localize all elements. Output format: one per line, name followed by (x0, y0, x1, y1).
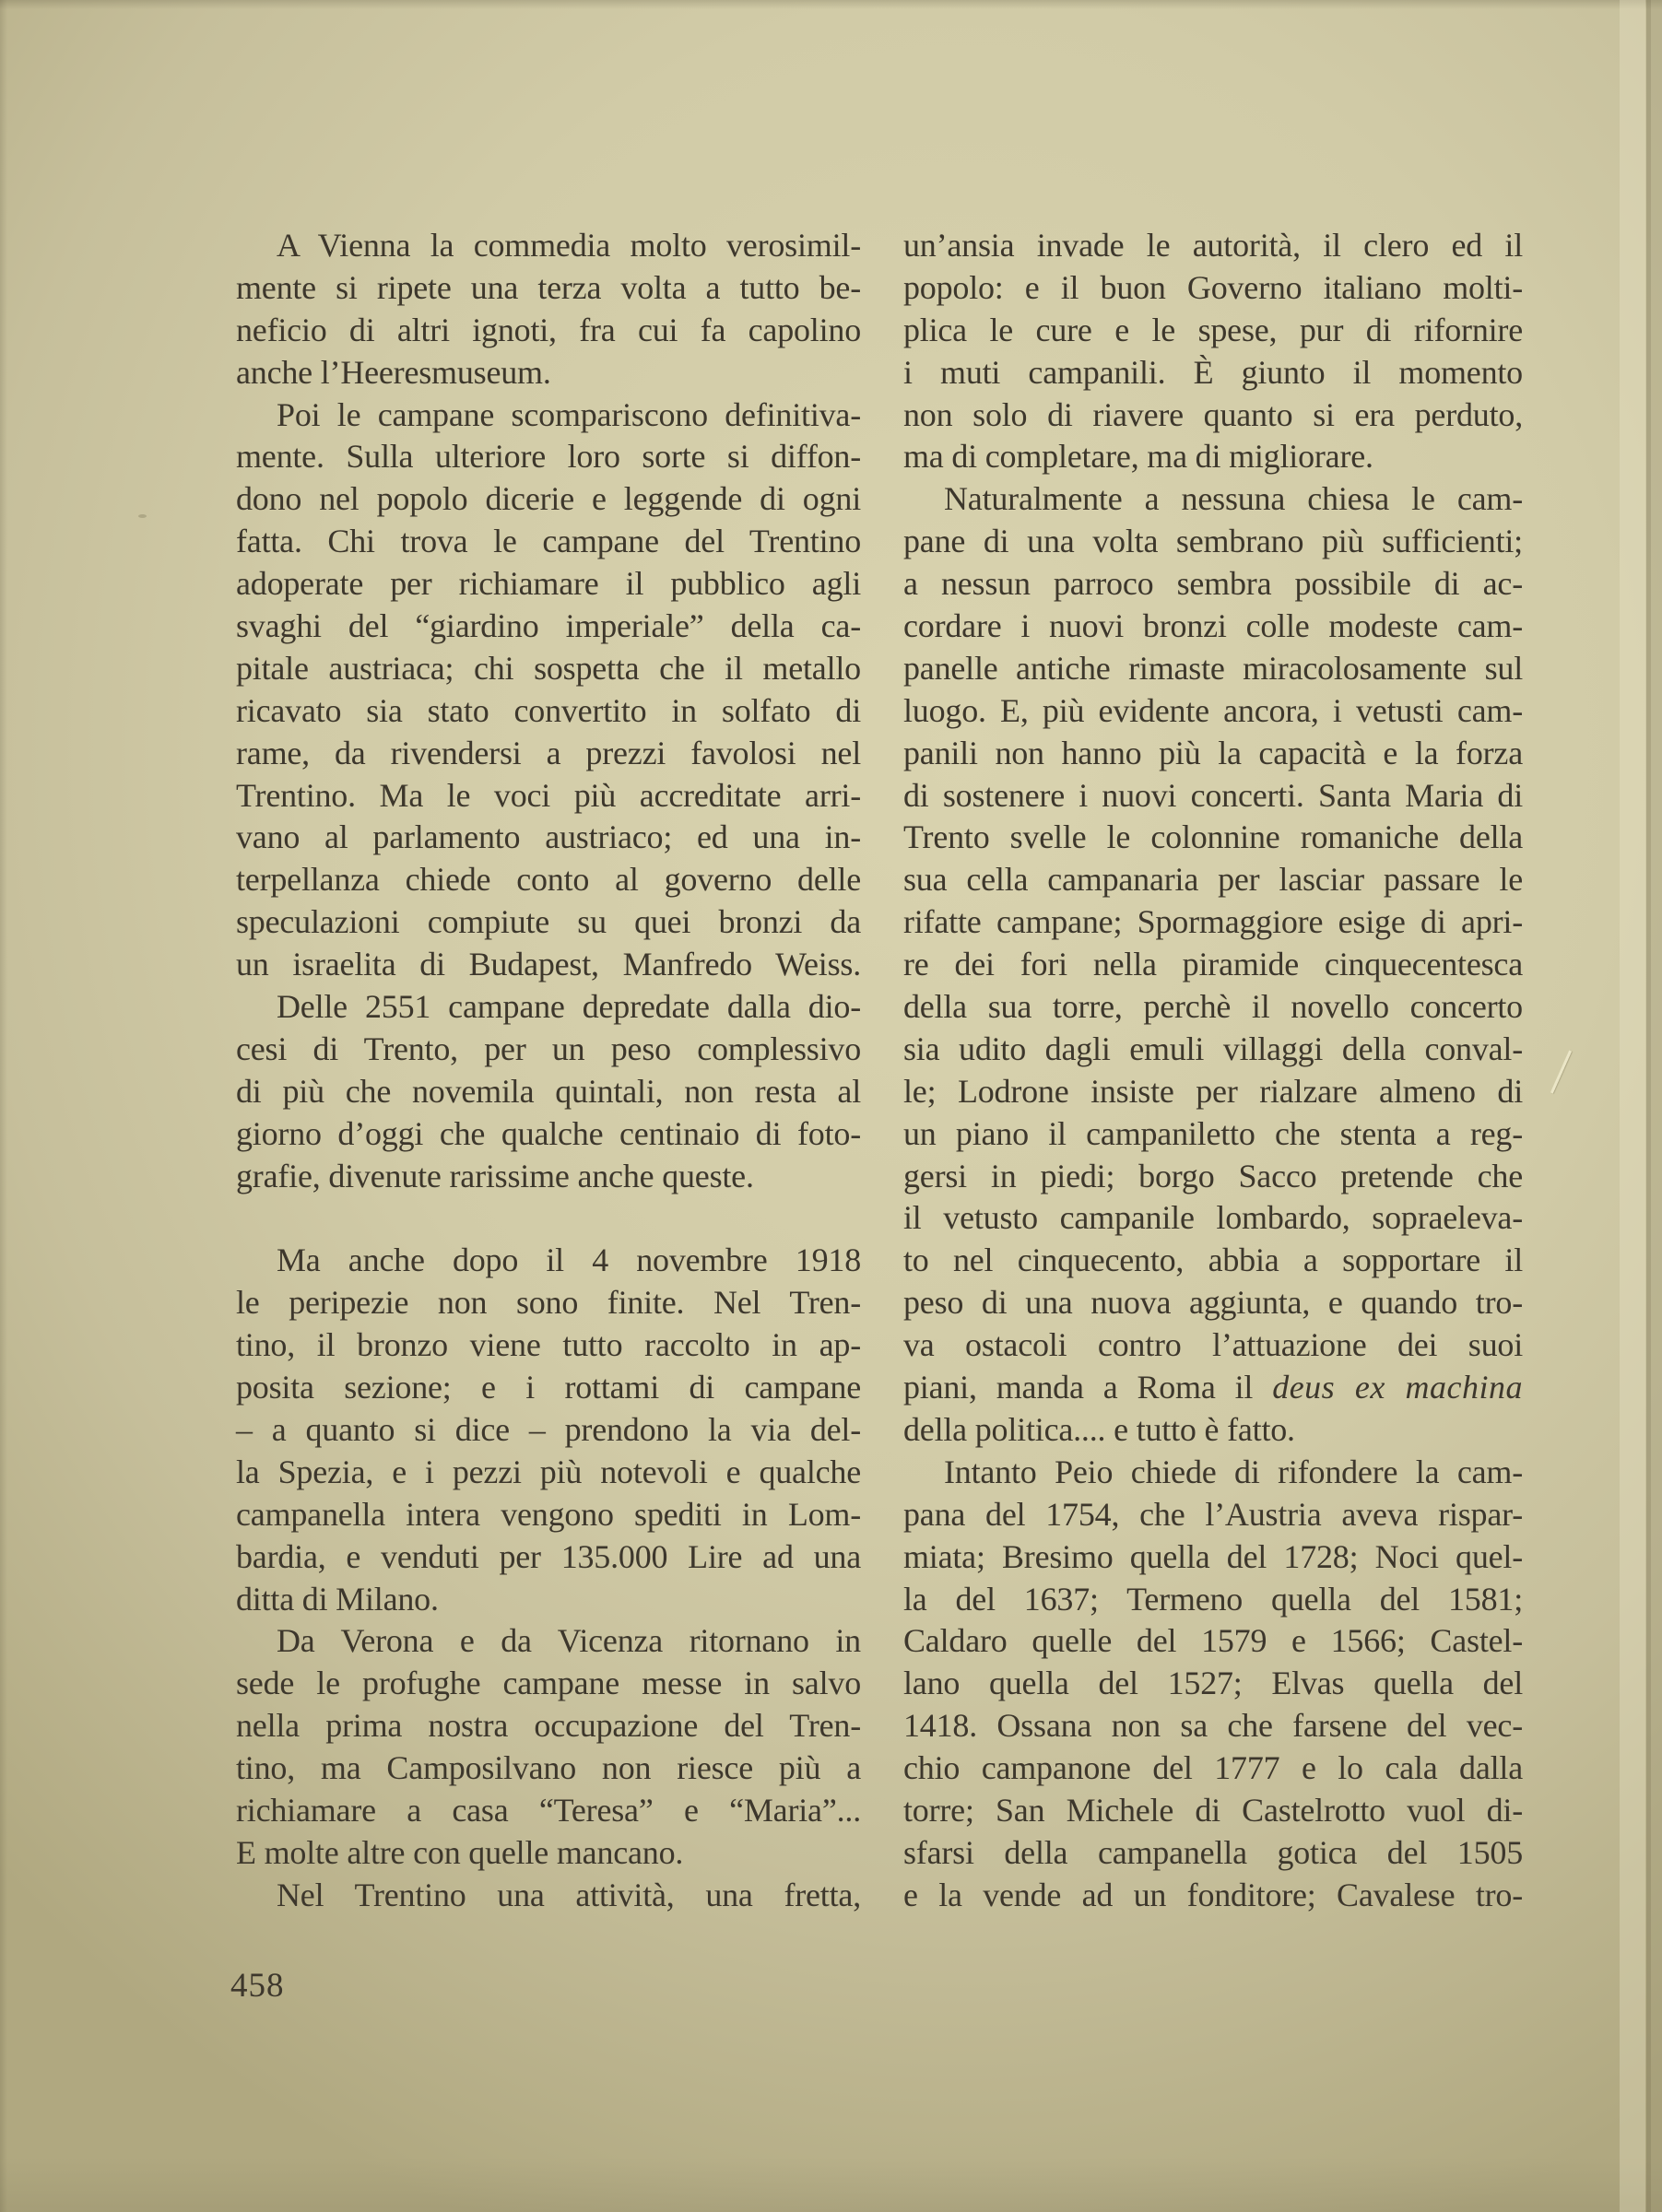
text-line: svaghi del “giardino imperiale” della ca… (236, 606, 861, 648)
text-line: Caldaro quelle del 1579 e 1566; Castel- (903, 1620, 1523, 1663)
text-line: popolo: e il buon Governo italiano molti… (903, 267, 1523, 310)
text-line: vano al parlamento austriaco; ed una in- (236, 817, 861, 859)
text-line: grafie, divenute rarissime anche queste. (236, 1156, 861, 1198)
text-line: A Vienna la commedia molto verosimil- (236, 225, 861, 267)
text-line: pane di una volta sembrano più sufficien… (903, 521, 1523, 563)
text-line: a nessun parroco sembra possibile di ac- (903, 563, 1523, 606)
text-line: mente si ripete una terza volta a tutto … (236, 267, 861, 310)
text-line: e la vende ad un fonditore; Cavalese tro… (903, 1875, 1523, 1917)
italic-phrase: deus ex machina (1272, 1369, 1523, 1406)
text-line: le; Lodrone insiste per rialzare almeno … (903, 1071, 1523, 1113)
page-edge-highlight (1620, 0, 1645, 2212)
text-line: miata; Bresimo quella del 1728; Noci que… (903, 1536, 1523, 1579)
text-line: Ma anche dopo il 4 novembre 1918 (236, 1240, 861, 1282)
text-line: giorno d’oggi che qualche centinaio di f… (236, 1113, 861, 1156)
text-line: E molte altre con quelle mancano. (236, 1832, 861, 1875)
text-line: Nel Trentino una attività, una fretta, (236, 1875, 861, 1917)
text-line: richiamare a casa “Teresa” e “Maria”... (236, 1790, 861, 1832)
text-line: dono nel popolo dicerie e leggende di og… (236, 478, 861, 521)
text-line: tino, il bronzo viene tutto raccolto in … (236, 1324, 861, 1367)
text-line: sede le profughe campane messe in salvo (236, 1663, 861, 1705)
paper-speck (138, 514, 147, 518)
text-line: – a quanto si dice – prendono la via del… (236, 1409, 861, 1452)
text-line: nella prima nostra occupazione del Tren- (236, 1705, 861, 1747)
text-line: pitale austriaca; chi sospetta che il me… (236, 648, 861, 690)
text-line: panelle antiche rimaste miracolosamente … (903, 648, 1523, 690)
text-line: lano quella del 1527; Elvas quella del (903, 1663, 1523, 1705)
text-line: Naturalmente a nessuna chiesa le cam- (903, 478, 1523, 521)
text-line: to nel cinquecento, abbia a sopportare i… (903, 1240, 1523, 1282)
text-line: fatta. Chi trova le campane del Trentino (236, 521, 861, 563)
text-line: speculazioni compiute su quei bronzi da (236, 901, 861, 944)
text-line: piani, manda a Roma il deus ex machina (903, 1367, 1523, 1409)
text-line: ditta di Milano. (236, 1579, 861, 1621)
text-line: peso di una nuova aggiunta, e quando tro… (903, 1282, 1523, 1324)
text-line: di sostenere i nuovi concerti. Santa Mar… (903, 775, 1523, 818)
text-line: torre; San Michele di Castelrotto vuol d… (903, 1790, 1523, 1832)
text-line: Da Verona e da Vicenza ritornano in (236, 1620, 861, 1663)
text-line: campanella intera vengono spediti in Lom… (236, 1494, 861, 1536)
text-line: rifatte campane; Spormaggiore esige di a… (903, 901, 1523, 944)
text-line: rame, da rivendersi a prezzi favolosi ne… (236, 733, 861, 775)
text-line: un piano il campaniletto che stenta a re… (903, 1113, 1523, 1156)
text-line: 1418. Ossana non sa che farsene del vec- (903, 1705, 1523, 1747)
text-line: ma di completare, ma di migliorare. (903, 436, 1523, 478)
text-line: gersi in piedi; borgo Sacco pretende che (903, 1156, 1523, 1198)
text-line: Poi le campane scompariscono definitiva- (236, 394, 861, 437)
text-line: neficio di altri ignoti, fra cui fa capo… (236, 310, 861, 352)
text-line: posita sezione; e i rottami di campane (236, 1367, 861, 1409)
text-line: ricavato sia stato convertito in solfato… (236, 690, 861, 733)
text-line: Trento svelle le colonnine romaniche del… (903, 817, 1523, 859)
page-number: 458 (230, 1965, 285, 2006)
right-column: un’ansia invade le autorità, il clero ed… (903, 225, 1523, 1917)
text-line: il vetusto campanile lombardo, sopraelev… (903, 1197, 1523, 1240)
text-line: un israelita di Budapest, Manfredo Weiss… (236, 944, 861, 986)
page-edge-shadow (1651, 0, 1662, 2212)
text-line: mente. Sulla ulteriore loro sorte si dif… (236, 436, 861, 478)
text-line: non solo di riavere quanto si era perdut… (903, 394, 1523, 437)
text-line: luogo. E, più evidente ancora, i vetusti… (903, 690, 1523, 733)
text-line: panili non hanno più la capacità e la fo… (903, 733, 1523, 775)
text-line: adoperate per richiamare il pubblico agl… (236, 563, 861, 606)
text-line: cordare i nuovi bronzi colle modeste cam… (903, 606, 1523, 648)
text-segment: piani, manda a Roma il (903, 1369, 1272, 1406)
text-line: di più che novemila quintali, non resta … (236, 1071, 861, 1113)
text-line: chio campanone del 1777 e lo cala dalla (903, 1747, 1523, 1790)
text-line: sfarsi della campanella gotica del 1505 (903, 1832, 1523, 1875)
text-line: bardia, e venduti per 135.000 Lire ad un… (236, 1536, 861, 1579)
text-line: re dei fori nella piramide cinquecentesc… (903, 944, 1523, 986)
text-line: anche l’Heeresmuseum. (236, 352, 861, 394)
text-line: un’ansia invade le autorità, il clero ed… (903, 225, 1523, 267)
text-line: terpellanza chiede conto al governo dell… (236, 859, 861, 901)
text-line: della politica.... e tutto è fatto. (903, 1409, 1523, 1452)
paper-scratch-mark (1550, 1051, 1572, 1094)
text-line: Intanto Peio chiede di rifondere la cam- (903, 1452, 1523, 1494)
text-line: cesi di Trento, per un peso complessivo (236, 1029, 861, 1071)
text-line: Trentino. Ma le voci più accreditate arr… (236, 775, 861, 818)
text-line: plica le cure e le spese, pur di riforni… (903, 310, 1523, 352)
text-line: tino, ma Camposilvano non riesce più a (236, 1747, 861, 1790)
text-line: va ostacoli contro l’attuazione dei suoi (903, 1324, 1523, 1367)
text-line: Delle 2551 campane depredate dalla dio- (236, 986, 861, 1029)
book-page-scan: A Vienna la commedia molto verosimil-men… (0, 0, 1662, 2212)
text-line: sua cella campanaria per lasciar passare… (903, 859, 1523, 901)
text-line: le peripezie non sono finite. Nel Tren- (236, 1282, 861, 1324)
text-line: la Spezia, e i pezzi più notevoli e qual… (236, 1452, 861, 1494)
text-line: la del 1637; Termeno quella del 1581; (903, 1579, 1523, 1621)
left-column: A Vienna la commedia molto verosimil-men… (236, 225, 861, 1917)
text-line: della sua torre, perchè il novello conce… (903, 986, 1523, 1029)
text-line: sia udito dagli emuli villaggi della con… (903, 1029, 1523, 1071)
text-line: pana del 1754, che l’Austria aveva rispa… (903, 1494, 1523, 1536)
text-line: i muti campanili. È giunto il momento (903, 352, 1523, 394)
